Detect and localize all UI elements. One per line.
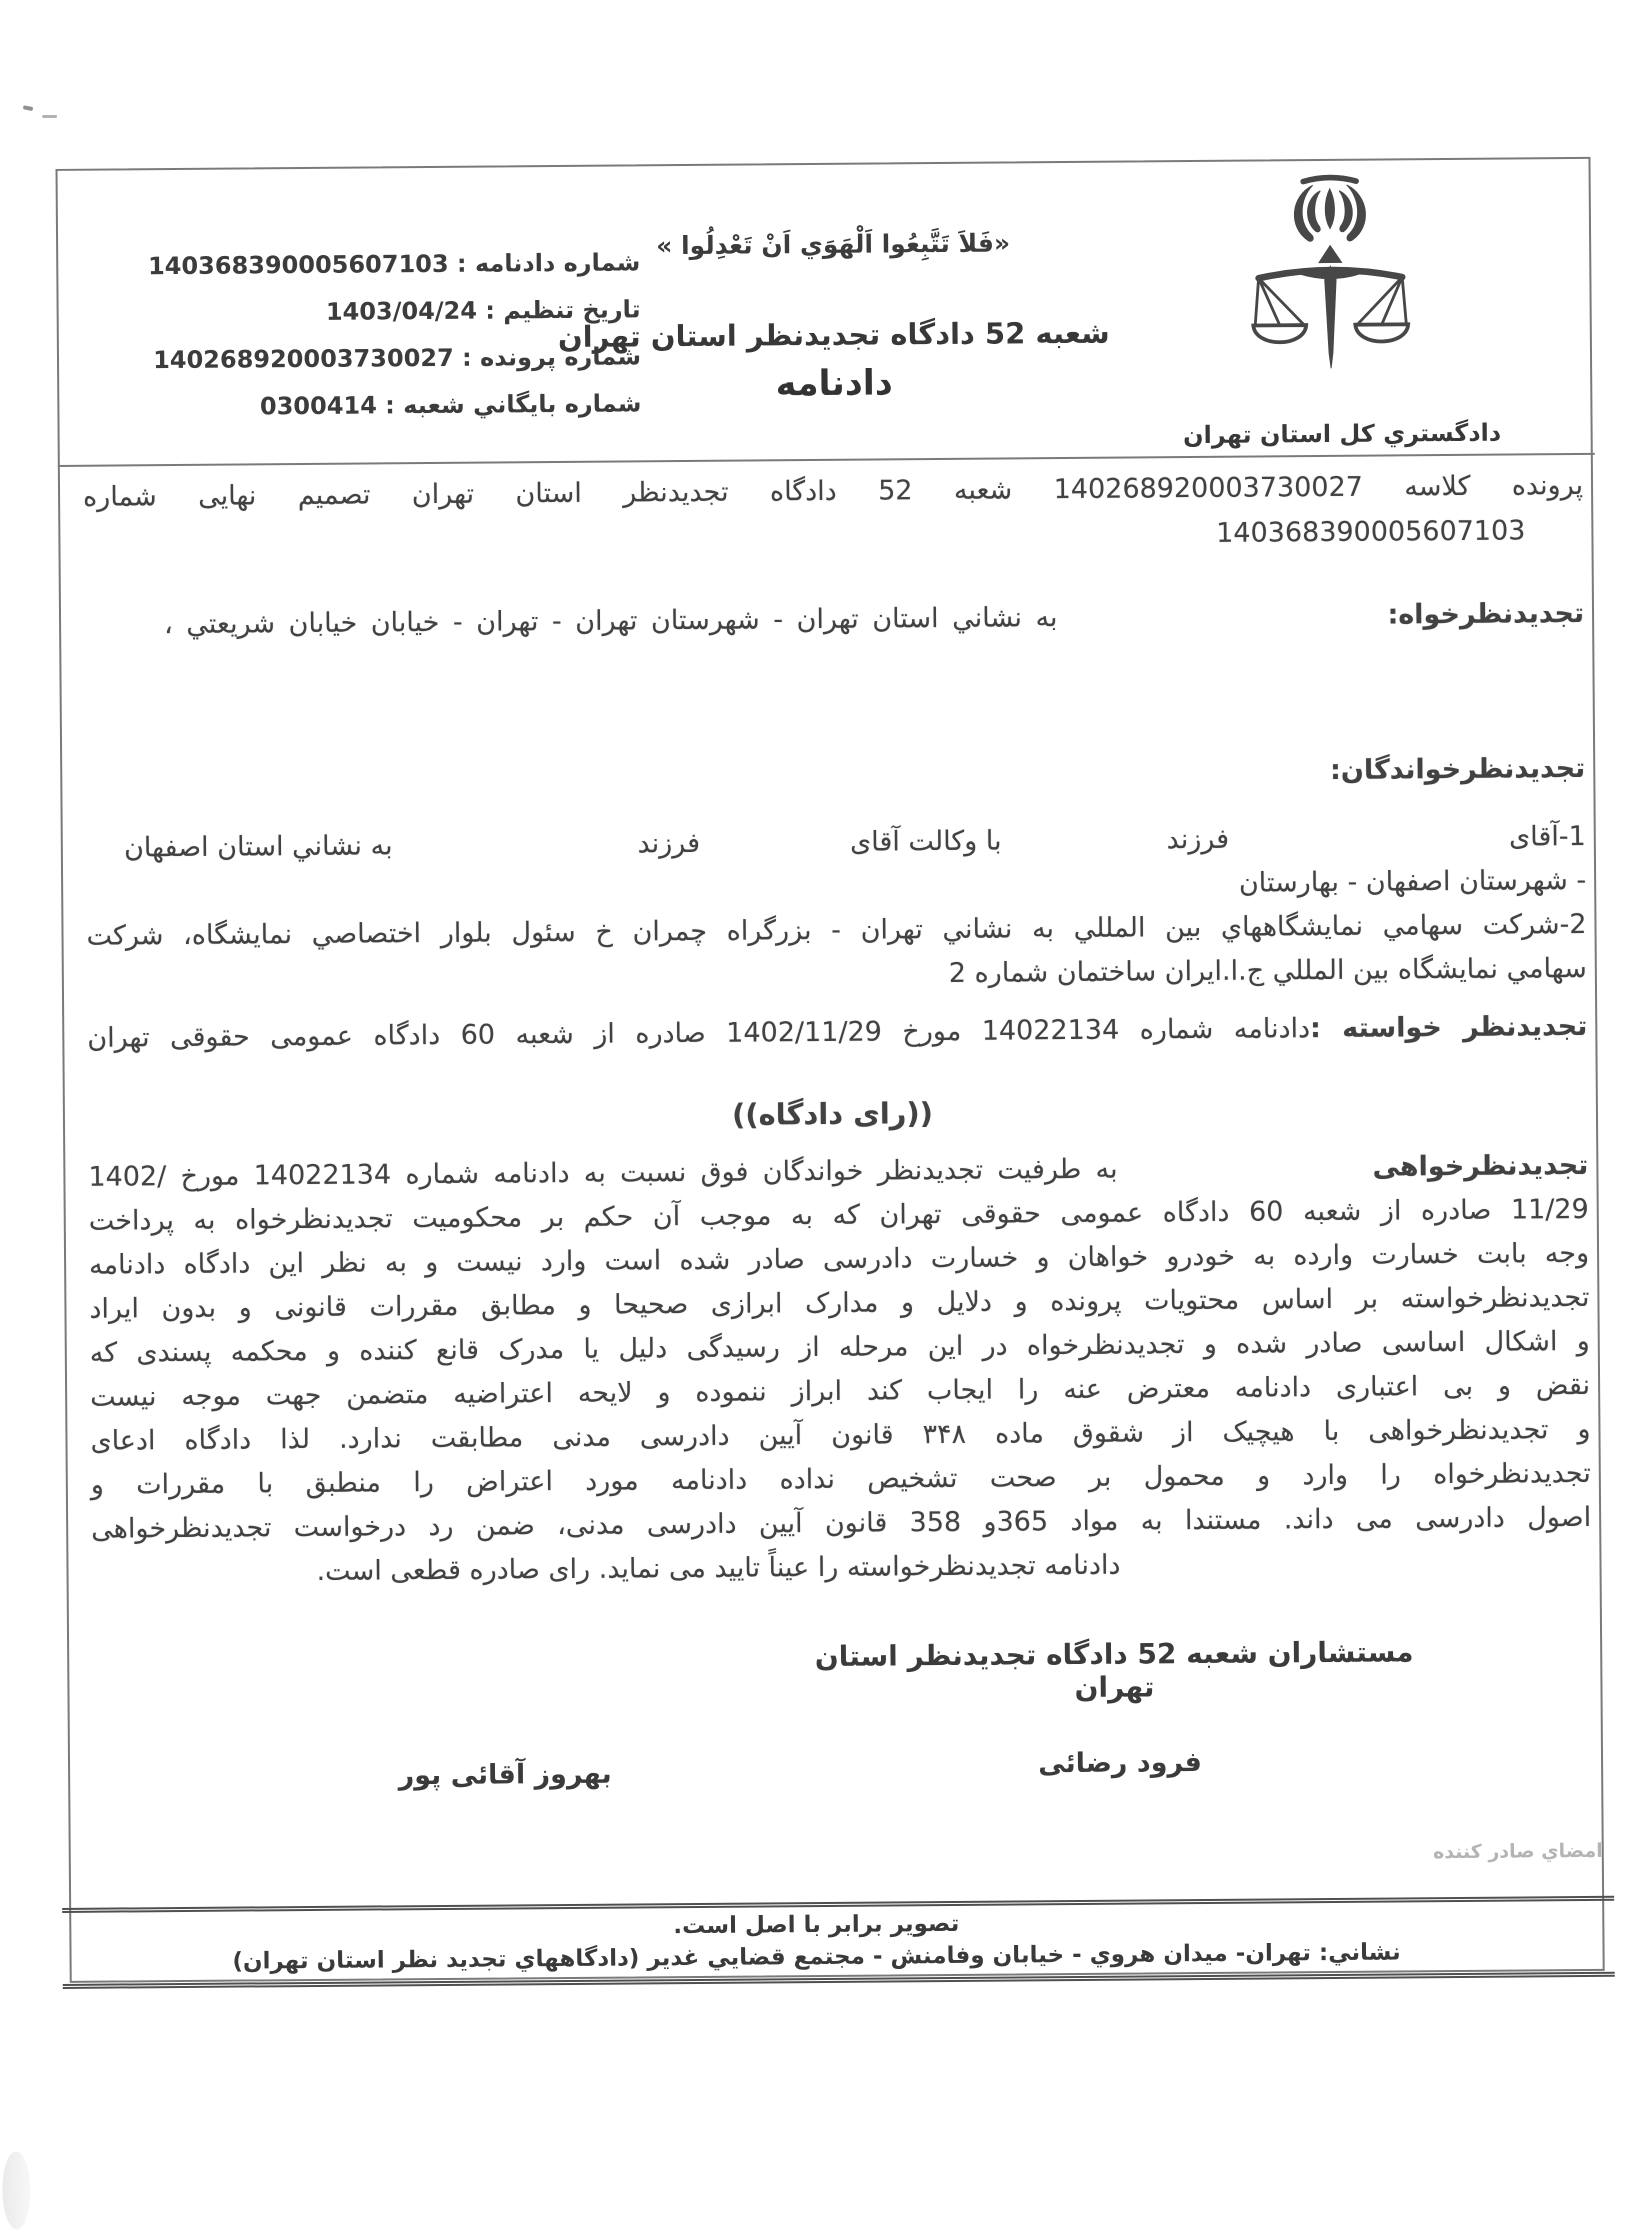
judge-signature-left: بهروز آقائی پور: [370, 1758, 640, 1791]
judge-signature-right: فرود رضائی: [1005, 1747, 1235, 1780]
judiciary-org-name: دادگستري كل استان تهران: [1175, 419, 1510, 450]
scan-speck: [42, 115, 57, 118]
court-branch-title: شعبه 52 دادگاه تجدیدنظر استان تهران: [554, 316, 1114, 354]
quran-verse: «فَلاَ تَتَّبِعُوا اَلْهَوَي اَنْ تَعْدِ…: [583, 228, 1083, 261]
redaction-gap: [1058, 623, 1388, 626]
appellant-label: تجدیدنظرخواه:: [1387, 594, 1584, 636]
scan-smudge: [2, 2151, 31, 2229]
ruling-line-1-text: به طرفیت تجدیدنظر خواندگان فوق نسبت به د…: [88, 1150, 1117, 1198]
redaction-gap: [1002, 848, 1167, 849]
appeal-subject-label: تجدیدنظر خواسته :: [1310, 1011, 1587, 1044]
respondent-1-part: فرزند: [637, 824, 700, 864]
panel-title: مستشاران شعبه 52 دادگاه تجدیدنظر استان ت…: [794, 1635, 1434, 1706]
redaction-gap: [393, 852, 638, 854]
document-sheet: شماره دادنامه : 140368390005607103 تاريخ…: [0, 0, 1633, 2240]
redaction-gap: [1118, 1176, 1373, 1178]
document-type-title: دادنامه: [554, 362, 1114, 406]
redaction-gap: [1229, 846, 1509, 848]
appeal-subject-text: دادنامه شماره 14022134 مورخ 1402/11/29 ص…: [87, 1013, 1310, 1054]
scales-of-justice-icon: [1245, 163, 1417, 399]
scan-speck: [23, 105, 34, 111]
respondent-1-part: 1-آقای: [1509, 817, 1586, 858]
redaction-gap: [700, 851, 850, 852]
respondent-1-part: با وكالت آقای: [850, 822, 1002, 863]
respondent-1-part: فرزند: [1166, 820, 1229, 860]
respondent-1-part: به نشاني استان اصفهان: [124, 826, 393, 868]
issuer-signature-note: امضاي صادر كننده: [1418, 1840, 1603, 1863]
ruling-appellant-label: تجدیدنظرخواهی: [1372, 1146, 1588, 1188]
appellant-address: به نشاني استان تهران - شهرستان تهران - ت…: [164, 598, 1058, 645]
judgment-number: شماره دادنامه : 140368390005607103: [143, 239, 640, 290]
